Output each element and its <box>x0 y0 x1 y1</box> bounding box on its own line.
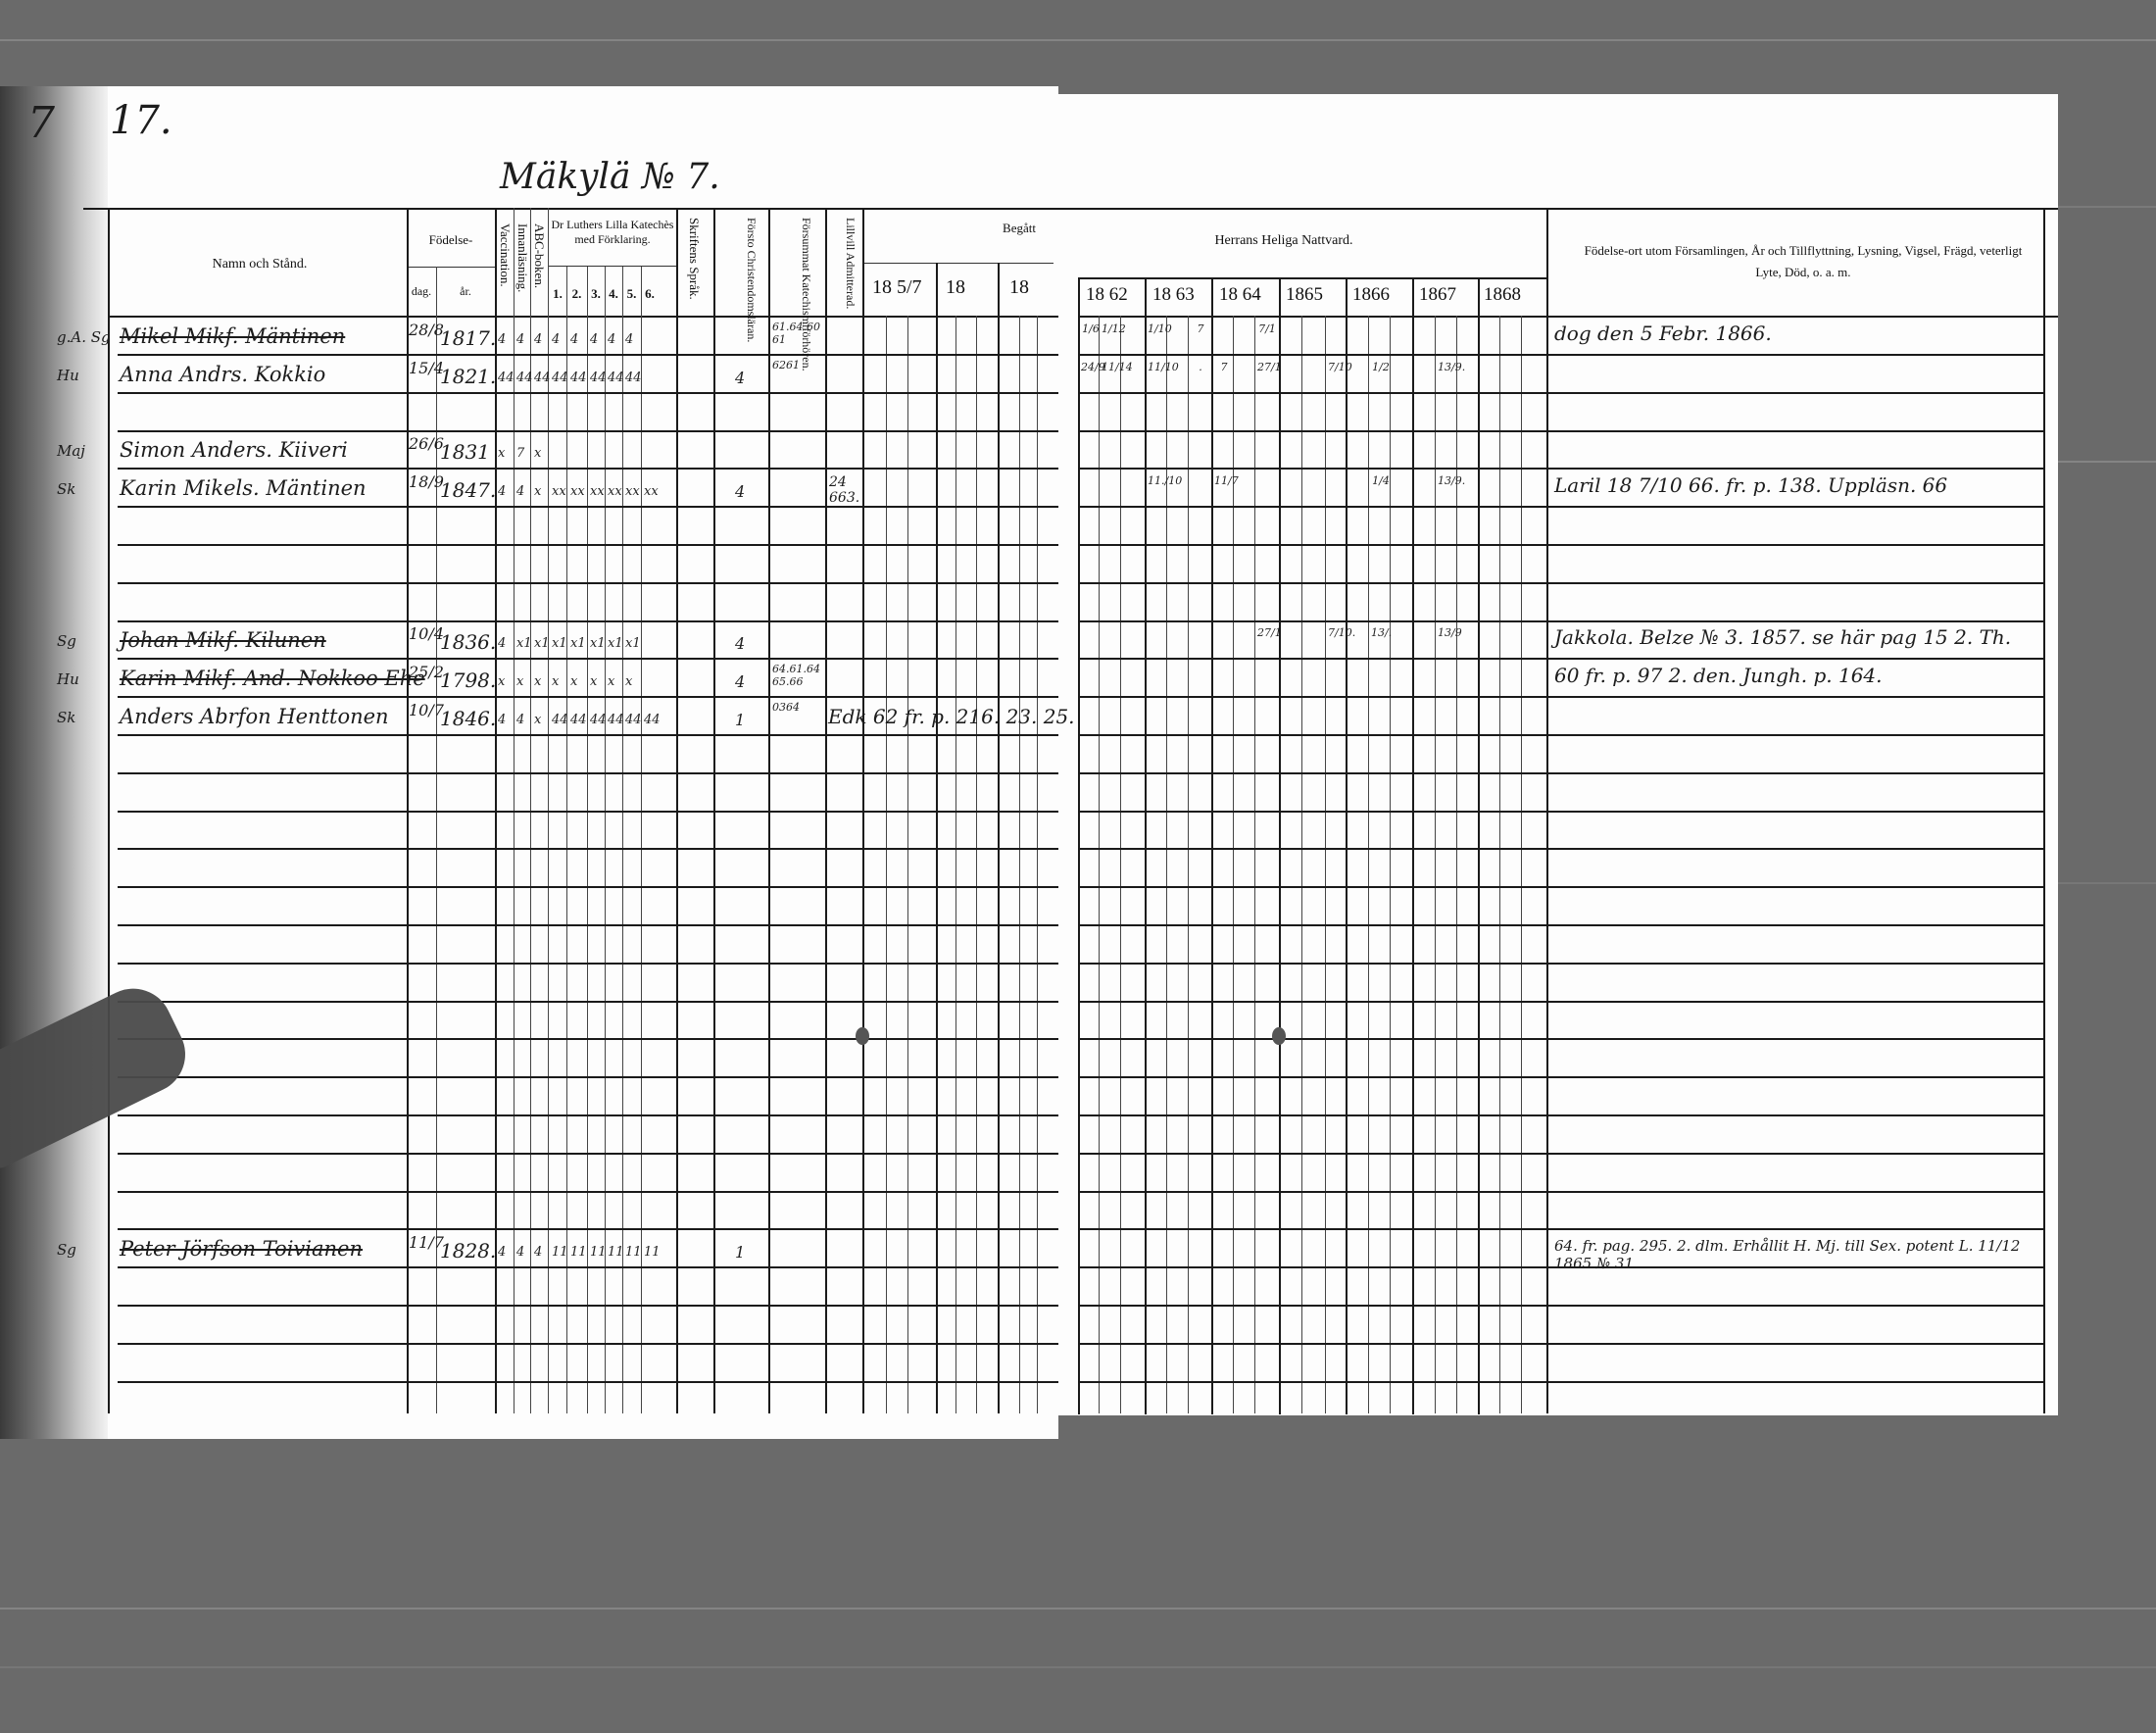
village-heading: Mäkylä № 7. <box>500 157 720 197</box>
entry-mark: 4 <box>498 484 506 499</box>
entry-mark: 4 <box>534 332 542 347</box>
entry-mark: xx <box>590 484 605 499</box>
entry-mark: 4 <box>516 713 524 727</box>
row-rule <box>1078 392 2043 394</box>
entry-doctrine-mark: 1 <box>735 1243 745 1262</box>
entry-name: Johan Mikf. Kilunen <box>120 628 326 652</box>
entry-summary: 6261 <box>772 359 821 371</box>
communion-year-3: 18 64 <box>1219 284 1261 306</box>
entry-mark: x1 <box>570 636 586 651</box>
header-christian-doctrine: Försto Christendomsläran. <box>729 218 759 342</box>
entry-mark: 44 <box>570 371 587 385</box>
entry-birth-day: 10/7 <box>409 701 444 719</box>
entry-mark: 44 <box>570 713 587 727</box>
entry-birth-day: 28/8 <box>409 321 444 339</box>
entry-mark: xx <box>552 484 566 499</box>
entry-birth-day: 25/2 <box>409 663 444 681</box>
communion-mark: 7 <box>1214 361 1234 373</box>
row-rule <box>118 1114 1058 1116</box>
row-rule <box>1078 354 2043 356</box>
catechism-part-2: 2. <box>566 286 587 301</box>
header-birth: Födelse- <box>407 232 495 247</box>
communion-mark: 1/6 <box>1081 322 1101 335</box>
entry-mark: 44 <box>498 371 514 385</box>
entry-mark: 4 <box>516 332 524 347</box>
row-rule <box>1078 1381 2043 1383</box>
entry-mark: xx <box>608 484 622 499</box>
communion-mark: . <box>1191 361 1210 373</box>
communion-mark: 11/7 <box>1214 474 1234 487</box>
row-rule <box>118 392 1058 394</box>
entry-doctrine-mark: 4 <box>735 482 745 501</box>
row-rule <box>1078 772 2043 774</box>
communion-mark: 1/4 <box>1371 474 1391 487</box>
row-rule <box>118 506 1058 508</box>
left-year-3: 18 <box>1009 276 1029 299</box>
row-rule <box>118 963 1058 965</box>
entry-mark: x <box>608 674 614 689</box>
row-rule <box>1078 1228 2043 1230</box>
communion-mark: 7/10 <box>1328 361 1347 373</box>
communion-year-6: 1867 <box>1419 284 1456 306</box>
entry-mark: 4 <box>552 332 560 347</box>
header-scripture: Skriftens Språk. <box>687 218 701 300</box>
entry-mark: 4 <box>498 636 506 651</box>
entry-mark: xx <box>644 484 659 499</box>
row-rule <box>118 1305 1058 1307</box>
entry-margin-note: Maj <box>57 442 85 460</box>
entry-birth-year: 1846. <box>440 707 496 730</box>
entry-mark: 44 <box>644 713 661 727</box>
entry-mark: x <box>534 446 541 461</box>
entry-margin-note: Sg <box>57 1241 76 1259</box>
communion-mark: 7 <box>1191 322 1210 335</box>
entry-name: Anna Andrs. Kokkio <box>120 363 325 386</box>
row-rule <box>1078 1076 2043 1078</box>
row-rule <box>1078 963 2043 965</box>
entry-mark: 44 <box>590 371 607 385</box>
row-rule <box>118 430 1058 432</box>
entry-summary: 64.61.64 65.66 <box>772 663 821 688</box>
entry-mark: 4 <box>608 332 615 347</box>
entry-mark: 44 <box>625 371 642 385</box>
row-rule <box>1078 544 2043 546</box>
communion-mark: 1/10 <box>1148 322 1167 335</box>
header-admitted: Lillvill Admitterad. <box>833 218 857 309</box>
entry-doctrine-mark: 4 <box>735 369 745 387</box>
communion-year-5: 1866 <box>1352 284 1390 306</box>
header-catechism-summary: Försummat Katechismiförhören. <box>784 218 813 371</box>
row-rule <box>1078 811 2043 813</box>
entry-mark: x <box>625 674 632 689</box>
entry-mark: 4 <box>625 332 633 347</box>
row-rule <box>118 1153 1058 1155</box>
header-birth-day: dag. <box>407 284 436 299</box>
communion-mark: 13/9 <box>1438 626 1457 639</box>
entry-name: Karin Mikf. And. Nokkoo Ehe <box>120 667 425 690</box>
entry-mark: x <box>552 674 559 689</box>
row-rule <box>118 1001 1058 1003</box>
communion-mark: 11/14 <box>1102 361 1121 373</box>
row-rule <box>118 1038 1058 1040</box>
entry-name: Mikel Mikf. Mäntinen <box>120 324 345 348</box>
row-rule <box>1078 1038 2043 1040</box>
entry-birth-day: 15/4 <box>409 359 444 377</box>
entry-mark: x1 <box>552 636 567 651</box>
entry-birth-year: 1798. <box>440 668 496 692</box>
entry-mark: x1 <box>516 636 532 651</box>
entry-mark: 11 <box>625 1245 642 1260</box>
entry-remarks: 60 fr. p. 97 2. den. Jungh. p. 164. <box>1554 667 1883 684</box>
communion-year-4: 1865 <box>1286 284 1323 306</box>
entry-mark: x <box>590 674 597 689</box>
row-rule <box>1078 886 2043 888</box>
row-rule <box>1078 468 2043 470</box>
row-rule <box>1078 506 2043 508</box>
row-rule <box>1078 582 2043 584</box>
ink-blot <box>856 1027 869 1045</box>
row-rule <box>118 924 1058 926</box>
entry-mark: x <box>498 446 505 461</box>
row-rule <box>118 1381 1058 1383</box>
row-rule <box>118 734 1058 736</box>
right-page <box>1058 94 2058 1415</box>
page-number: 17. <box>110 98 172 143</box>
entry-mark: 44 <box>608 371 624 385</box>
entry-margin-note: Sg <box>57 632 76 650</box>
row-rule <box>1078 1305 2043 1307</box>
communion-mark: 13/9. <box>1438 474 1457 487</box>
header-birth-year: år. <box>436 284 495 299</box>
entry-birth-year: 1831 <box>440 440 490 464</box>
row-rule <box>118 582 1058 584</box>
entry-admitted: 24 663. <box>829 474 862 506</box>
row-rule <box>118 354 1058 356</box>
row-rule <box>118 1076 1058 1078</box>
entry-mark: 44 <box>516 371 533 385</box>
entry-mark: 4 <box>516 484 524 499</box>
communion-mark: 11./10 <box>1148 474 1167 487</box>
left-year-2: 18 <box>946 276 965 299</box>
entry-birth-year: 1817. <box>440 326 496 350</box>
row-rule <box>118 1228 1058 1230</box>
entry-name: Karin Mikels. Mäntinen <box>120 476 367 500</box>
communion-mark: 7/1 <box>1257 322 1277 335</box>
row-rule <box>1078 734 2043 736</box>
entry-mark: x1 <box>608 636 623 651</box>
communion-year-1: 18 62 <box>1086 284 1128 306</box>
entry-mark: 4 <box>534 1245 542 1260</box>
entry-mark: 11 <box>570 1245 587 1260</box>
header-catechism: Dr Luthers Lilla Katechès med Förklaring… <box>549 218 676 247</box>
entry-mark: 44 <box>608 713 624 727</box>
row-rule <box>1078 658 2043 660</box>
row-rule <box>1078 1001 2043 1003</box>
catechism-part-6: 6. <box>641 286 659 301</box>
communion-year-2: 18 63 <box>1152 284 1195 306</box>
entry-birth-day: 10/4 <box>409 624 444 643</box>
entry-remarks: Jakkola. Belze № 3. 1857. se här pag 15 … <box>1554 628 2011 646</box>
entry-mark: x <box>570 674 577 689</box>
entry-birth-day: 11/7 <box>409 1233 444 1252</box>
header-abc-book: ABC-boken. <box>532 223 546 288</box>
header-reading: Innanläsning. <box>515 223 529 292</box>
entry-mark: 44 <box>552 371 568 385</box>
entry-mark: x <box>516 674 523 689</box>
communion-mark: 1/12 <box>1102 322 1121 335</box>
entry-margin-note: Hu <box>57 670 79 688</box>
row-rule <box>118 696 1058 698</box>
entry-mark: xx <box>625 484 640 499</box>
entry-mark: 4 <box>570 332 578 347</box>
row-rule <box>118 772 1058 774</box>
entry-mark: 4 <box>516 1245 524 1260</box>
entry-doctrine-mark: 4 <box>735 634 745 653</box>
entry-name: Peter Jörfson Toivianen <box>120 1237 363 1261</box>
row-rule <box>118 1266 1058 1268</box>
entry-doctrine-mark: 4 <box>735 672 745 691</box>
entry-mark: 11 <box>590 1245 607 1260</box>
entry-mark: 7 <box>516 446 524 461</box>
row-rule <box>118 886 1058 888</box>
entry-mark: 11 <box>644 1245 661 1260</box>
entry-mark: 44 <box>534 371 551 385</box>
entry-mark: 4 <box>498 332 506 347</box>
entry-mark: 44 <box>625 713 642 727</box>
entry-summary: 0364 <box>772 701 821 714</box>
entry-birth-day: 26/6 <box>409 434 444 453</box>
header-remarks: Födelse-ort utom Församlingen, År och Ti… <box>1578 240 2029 283</box>
entry-birth-year: 1836. <box>440 630 496 654</box>
communion-mark: 13/9. <box>1438 361 1457 373</box>
entry-doctrine-mark: 1 <box>735 711 745 729</box>
row-rule <box>1078 430 2043 432</box>
row-rule <box>1078 924 2043 926</box>
communion-mark: 27/1 <box>1257 626 1277 639</box>
entry-mark: 4 <box>590 332 598 347</box>
entry-birth-day: 18/9 <box>409 472 444 491</box>
entry-margin-note: g.A. Sg <box>57 328 111 346</box>
row-rule <box>118 544 1058 546</box>
entry-mark: x <box>534 674 541 689</box>
row-rule <box>1078 1114 2043 1116</box>
communion-mark: 27/1 <box>1257 361 1277 373</box>
entry-remarks: 64. fr. pag. 295. 2. dlm. Erhållit H. Mj… <box>1554 1237 2039 1272</box>
entry-margin-note: Sk <box>57 709 75 726</box>
row-rule <box>1078 620 2043 622</box>
entry-mark: x1 <box>590 636 606 651</box>
entry-mark: 11 <box>552 1245 568 1260</box>
entry-mark: xx <box>570 484 585 499</box>
entry-summary: 61.64.60 61 <box>772 321 821 346</box>
row-rule <box>118 468 1058 470</box>
left-year-1: 18 5/7 <box>872 276 922 299</box>
row-rule <box>118 658 1058 660</box>
catechism-part-3: 3. <box>587 286 605 301</box>
header-attended: Begått <box>990 221 1049 235</box>
entry-remarks: dog den 5 Febr. 1866. <box>1554 324 1772 342</box>
entry-mark: x <box>534 484 541 499</box>
communion-mark: 24/9 <box>1081 361 1101 373</box>
entry-margin-note: Sk <box>57 480 75 498</box>
entry-mark: 44 <box>552 713 568 727</box>
header-name: Namn och Stånd. <box>147 257 372 272</box>
entry-mark: x <box>534 713 541 727</box>
entry-name: Simon Anders. Kiiveri <box>120 438 348 462</box>
entry-mark: 4 <box>498 1245 506 1260</box>
binding-shadow <box>0 86 108 1439</box>
row-rule <box>118 848 1058 850</box>
communion-mark: 1/2 <box>1371 361 1391 373</box>
header-vaccination: Vaccination. <box>498 223 512 287</box>
row-rule <box>118 620 1058 622</box>
catechism-part-4: 4. <box>605 286 622 301</box>
entry-note: Edk 62 fr. p. 216. 23. 25. <box>828 705 1075 728</box>
row-rule <box>1078 696 2043 698</box>
ink-blot <box>1272 1027 1286 1045</box>
communion-mark: 7/10. <box>1328 626 1347 639</box>
row-rule <box>1078 848 2043 850</box>
entry-mark: 11 <box>608 1245 624 1260</box>
communion-year-7: 1868 <box>1484 284 1521 306</box>
catechism-part-5: 5. <box>622 286 641 301</box>
row-rule <box>1078 1343 2043 1345</box>
row-rule <box>118 811 1058 813</box>
row-rule <box>118 1343 1058 1345</box>
entry-name: Anders Abrfon Henttonen <box>120 705 389 728</box>
entry-mark: 4 <box>498 713 506 727</box>
entry-birth-year: 1847. <box>440 478 496 502</box>
row-rule <box>118 1191 1058 1193</box>
communion-mark: 11/10 <box>1148 361 1167 373</box>
header-communion: Herrans Heliga Nattvard. <box>1137 233 1431 248</box>
entry-remarks: Laril 18 7/10 66. fr. p. 138. Uppläsn. 6… <box>1554 476 1947 494</box>
row-rule <box>1078 1153 2043 1155</box>
communion-mark: 13/. <box>1371 626 1391 639</box>
entry-mark: 44 <box>590 713 607 727</box>
left-edge-number: 7 <box>27 98 55 148</box>
entry-mark: x1 <box>625 636 641 651</box>
catechism-part-1: 1. <box>549 286 566 301</box>
entry-margin-note: Hu <box>57 367 79 384</box>
entry-mark: x <box>498 674 505 689</box>
row-rule <box>1078 1191 2043 1193</box>
entry-birth-year: 1821. <box>440 365 496 388</box>
entry-mark: x1 <box>534 636 550 651</box>
entry-birth-year: 1828. <box>440 1239 496 1263</box>
